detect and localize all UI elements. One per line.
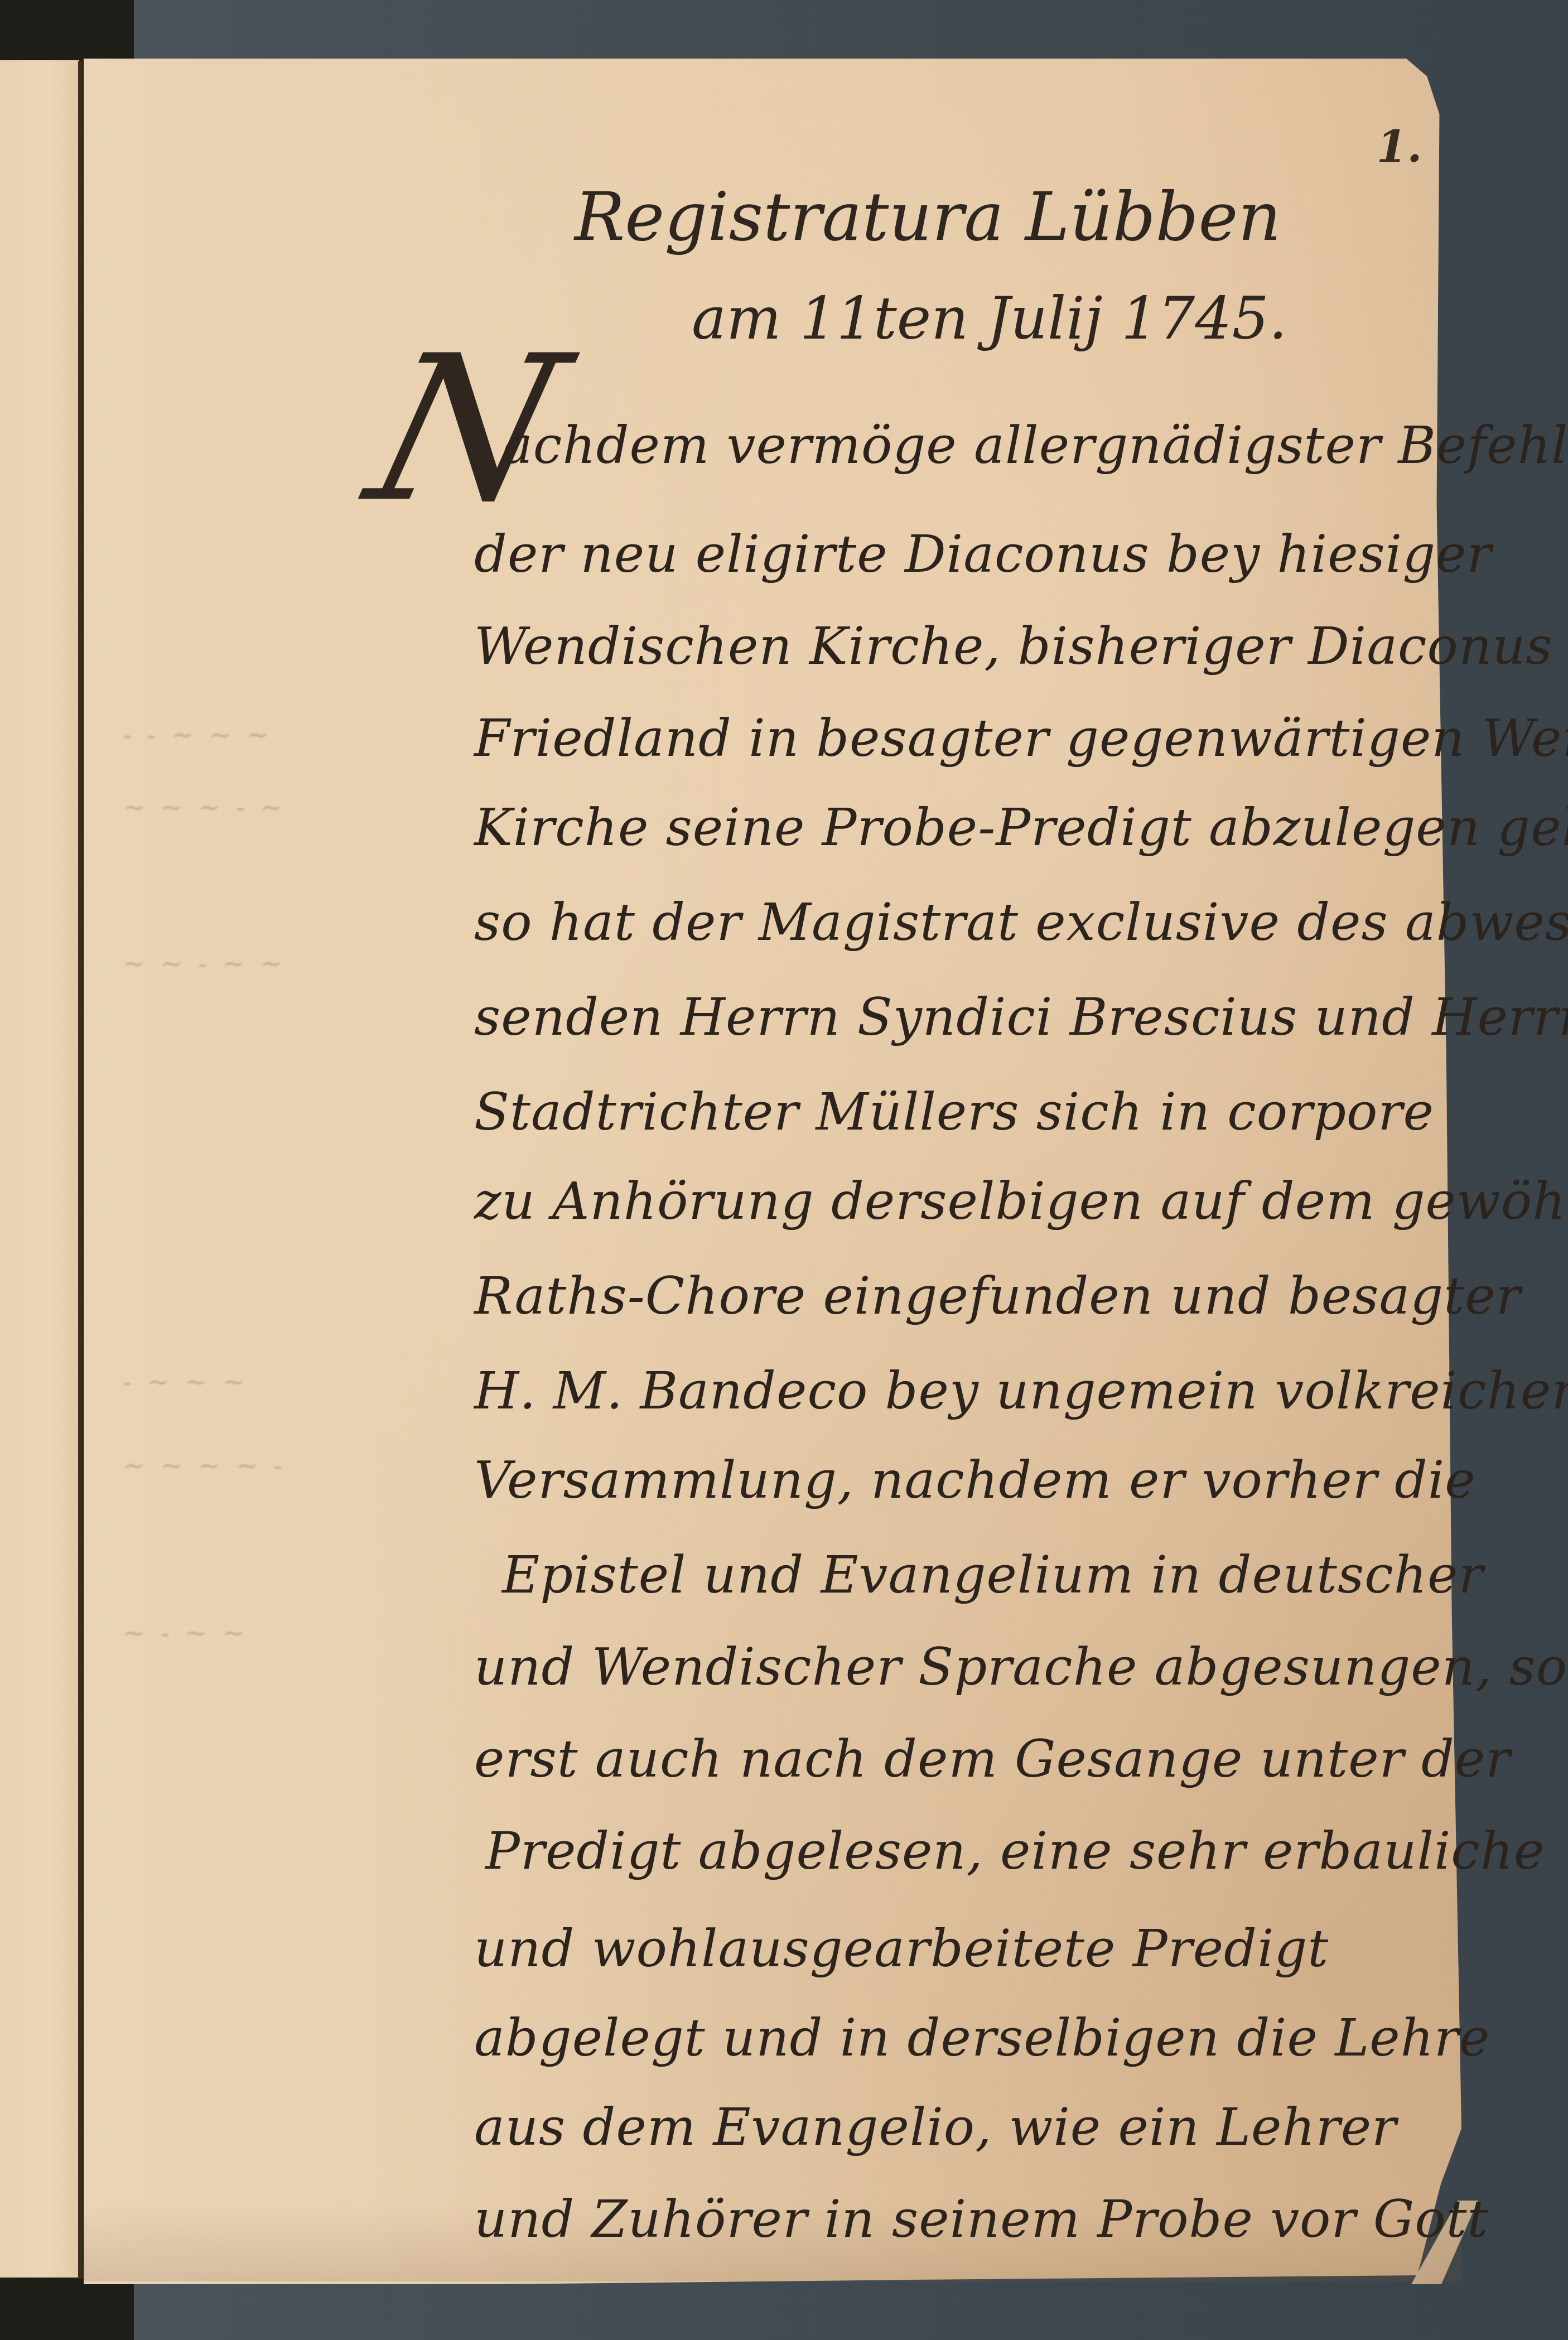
bleed-through-line: ~ ~ - ~ ~ [123, 948, 435, 980]
bleed-through-line: ~ ~ ~ ~ - [123, 1450, 435, 1482]
text-line: und Wendischer Sprache abgesungen, solch… [474, 1637, 1568, 1697]
text-line: Wendischen Kirche, bisheriger Diaconus z… [474, 616, 1568, 676]
text-line: abgelegt und in derselbigen die Lehre [474, 2008, 1490, 2068]
bleed-through-line: ~ - ~ ~ [123, 1618, 435, 1649]
text-line: Versammlung, nachdem er vorher die [474, 1450, 1476, 1510]
text-line: Predigt abgelesen, eine sehr erbauliche [485, 1821, 1545, 1881]
bleed-through-line: - ~ ~ ~ [123, 1367, 435, 1398]
text-line: zu Anhörung derselbigen auf dem gewöhnl. [474, 1171, 1568, 1231]
text-line: und wohlausgearbeitete Predigt [474, 1919, 1329, 1979]
text-line: der neu eligirte Diaconus bey hiesiger [474, 524, 1492, 584]
text-line: senden Herrn Syndici Brescius und Herrn [474, 987, 1568, 1047]
document-date: am 11ten Julij 1745. [692, 284, 1287, 353]
text-line: Stadtrichter Müllers sich in corpore [474, 1082, 1434, 1142]
bleed-through-line: - - ~ ~ ~ [123, 720, 435, 751]
text-line: Raths-Chore eingefunden und besagter [474, 1266, 1521, 1326]
document-title: Registratura Lübben [575, 178, 1281, 256]
text-line: Friedland in besagter gegenwärtigen Wend… [474, 708, 1568, 768]
bleed-through-line: ~ ~ ~ - ~ [123, 792, 435, 823]
text-line: erst auch nach dem Gesange unter der [474, 1729, 1511, 1789]
text-line: achdem vermöge allergnädigster Befehls [502, 416, 1568, 475]
text-line: H. M. Bandeco bey ungemein volkreicher [474, 1361, 1568, 1421]
text-line: aus dem Evangelio, wie ein Lehrer [474, 2097, 1397, 2157]
text-line: Kirche seine Probe-Predigt abzulegen geh… [474, 798, 1568, 857]
text-line: so hat der Magistrat exclusive des abwes… [474, 892, 1568, 952]
text-line: Epistel und Evangelium in deutscher [502, 1545, 1483, 1605]
previous-page-edge [0, 60, 79, 2278]
text-line: und Zuhörer in seinem Probe vor Gott [474, 2189, 1489, 2249]
gutter-line [78, 61, 83, 2279]
folio-number: 1. [1377, 122, 1422, 172]
